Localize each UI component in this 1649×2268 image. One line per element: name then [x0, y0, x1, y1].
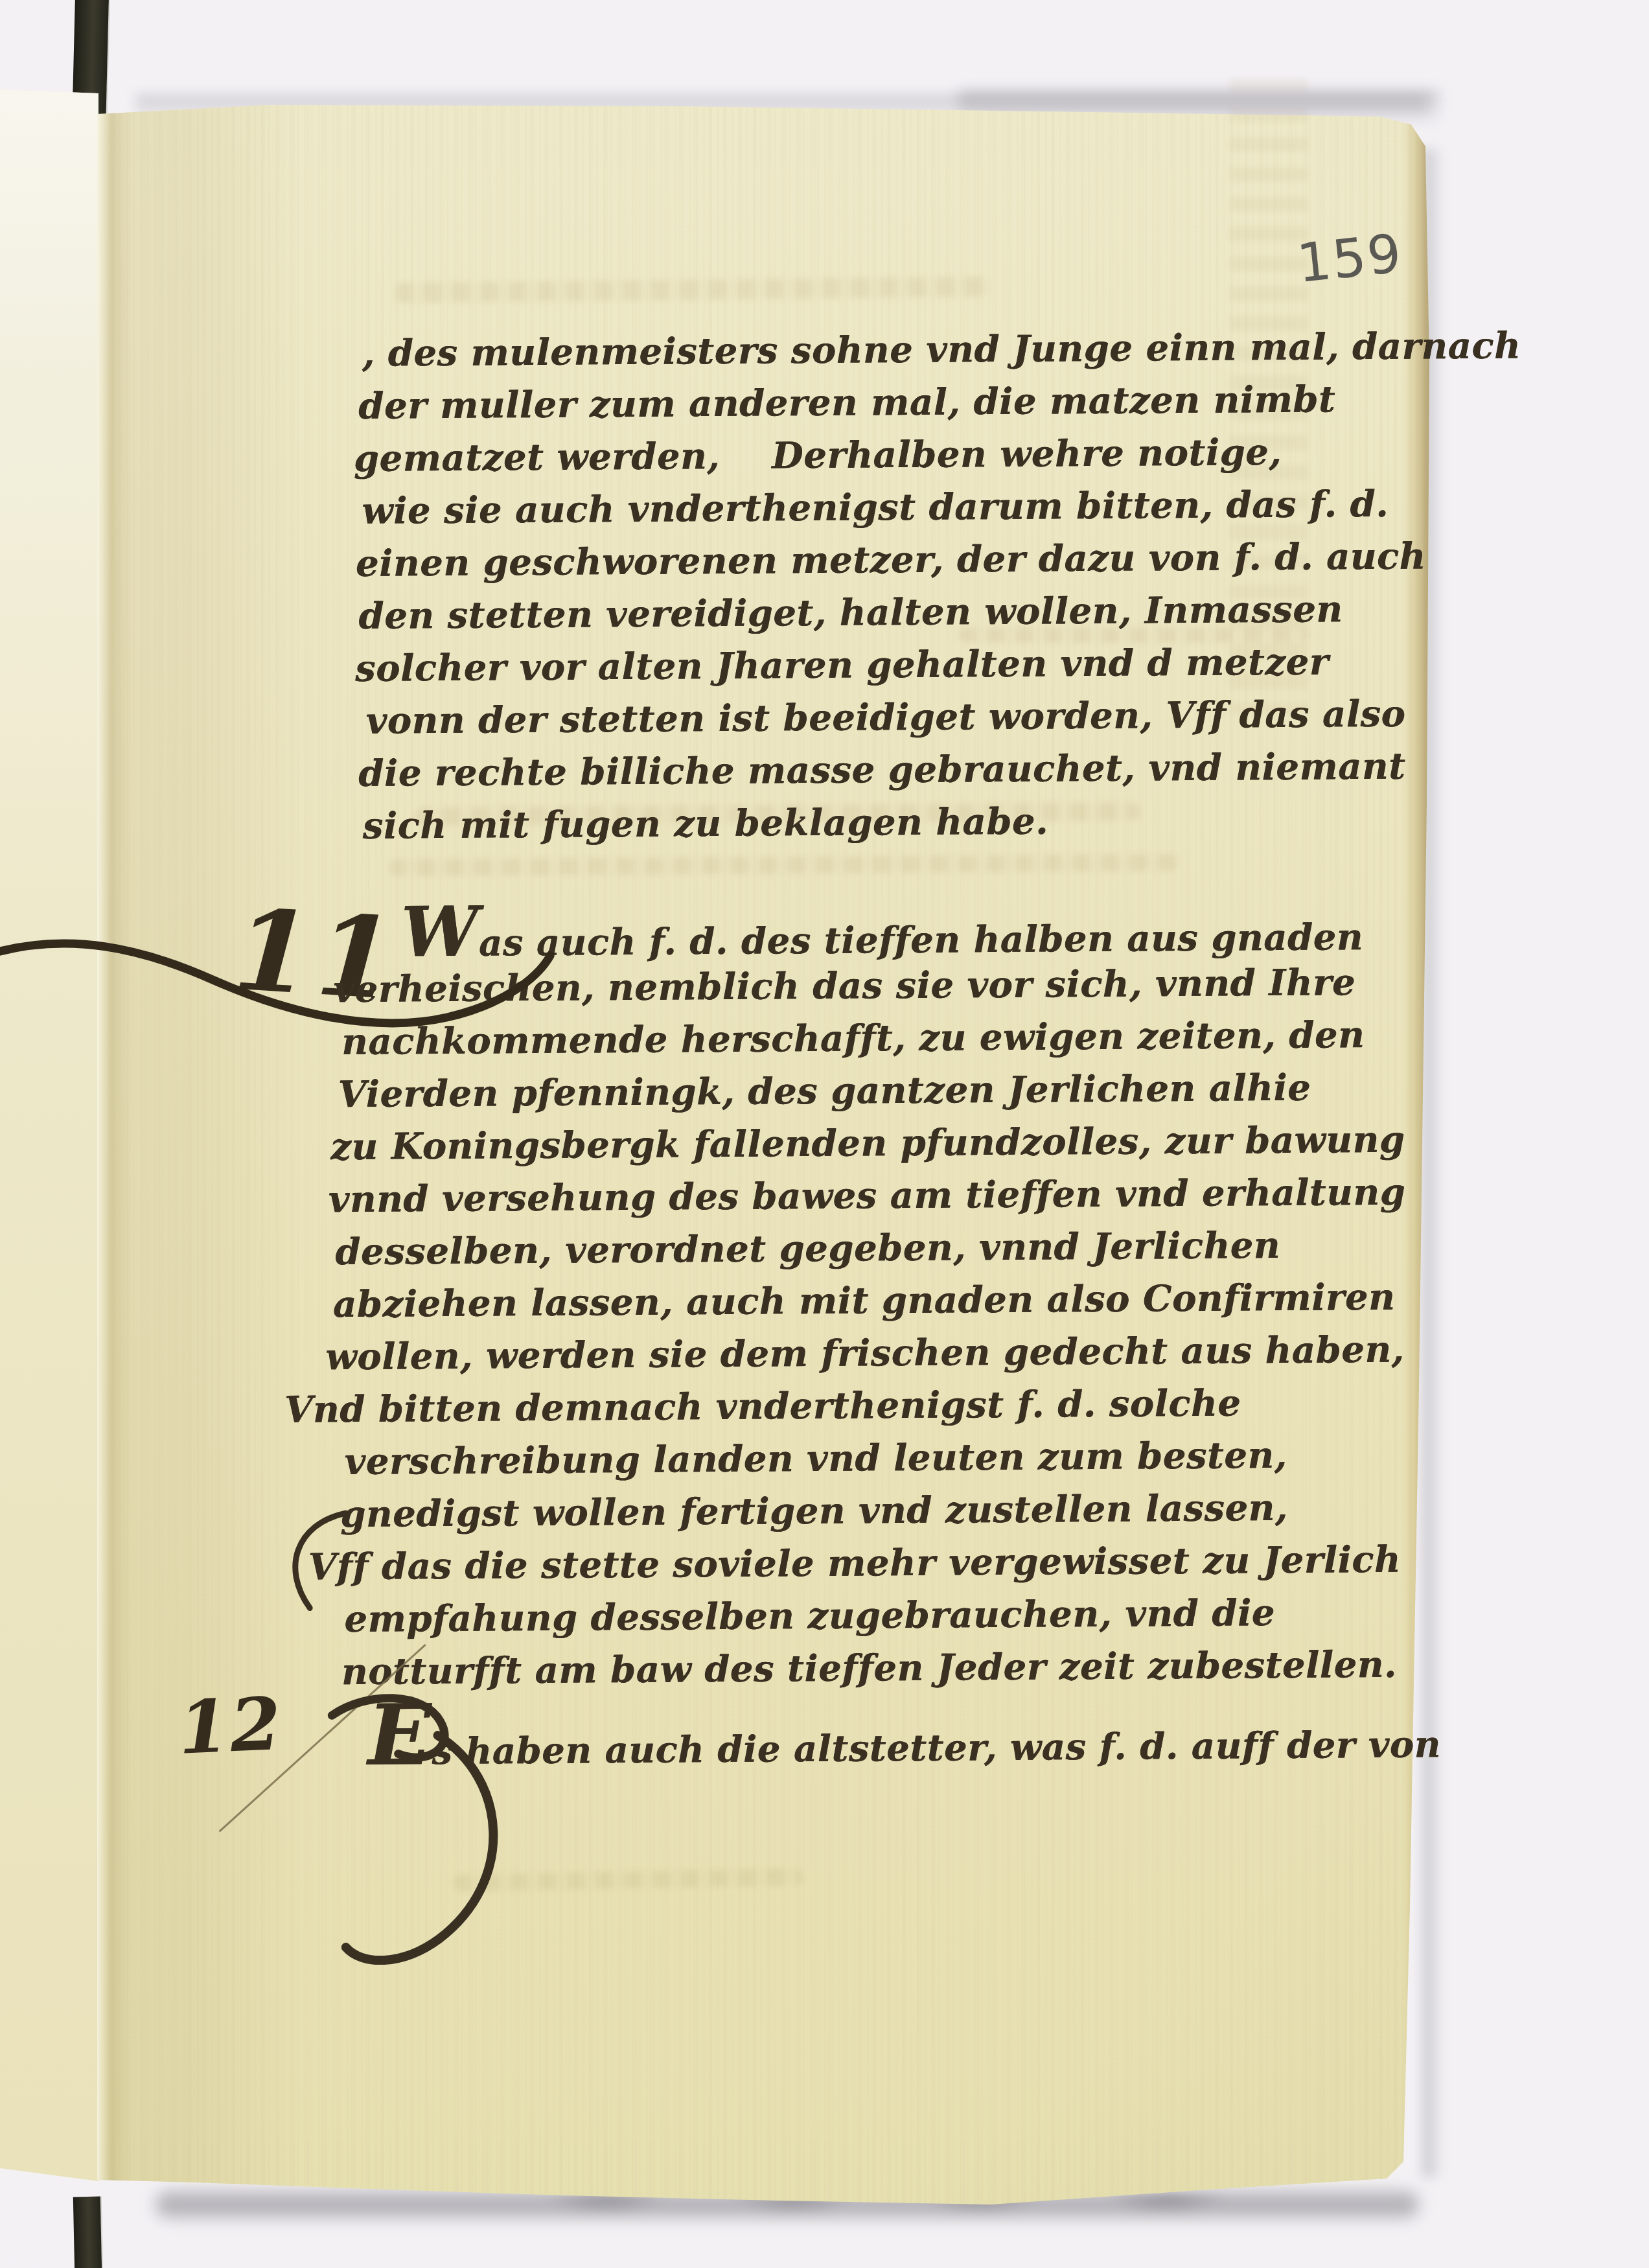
handwriting-line: Vnd bitten demnach vnderthenigst f. d. s… — [284, 1380, 1407, 1440]
handwriting-line: wie sie auch vnderthenigst darum bitten,… — [362, 480, 1522, 540]
handwriting-line: abziehen lassen, auch mit gnaden also Co… — [333, 1275, 1407, 1335]
handwriting-line: Es haben auch die altstetter, was f. d. … — [367, 1707, 1441, 1768]
handwriting-line: Vierden pfenningk, des gantzen Jerlichen… — [338, 1065, 1405, 1124]
manuscript-photo: 159 11 12 , des mulenmeisters sohne vnd … — [0, 0, 1649, 2268]
handwriting-line: nachkommende herschafft, zu ewigen zeite… — [341, 1012, 1405, 1072]
handwriting-line: gematzet werden, Derhalben wehre notige, — [354, 428, 1522, 489]
handwriting-layer: 11 12 , des mulenmeisters sohne vnd Jung… — [0, 0, 1649, 2268]
margin-number-12: 12 — [177, 1682, 284, 1771]
handwriting-line: die rechte billiche masse gebrauchet, vn… — [358, 743, 1524, 804]
handwriting-line: einen geschworenen metzer, der dazu von … — [356, 533, 1523, 594]
handwriting-line: verheischen, nemblich das sie vor sich, … — [333, 960, 1404, 1020]
handwriting-line: solcher vor alten Jharen gehalten vnd d … — [355, 638, 1523, 699]
handwriting-line: notturfft am baw des tieffen Jeder zeit … — [341, 1642, 1409, 1702]
paragraph-10: , des mulenmeisters sohne vnd Junge einn… — [352, 323, 1524, 856]
handwriting-line: desselben, verordnet gegeben, vnnd Jerli… — [335, 1222, 1406, 1282]
handwriting-line: empfahung desselben zugebrauchen, vnd di… — [344, 1590, 1409, 1649]
handwriting-line: der muller zum anderen mal, die matzen n… — [358, 375, 1521, 436]
handwriting-line: vonn der stetten ist beeidiget worden, V… — [365, 690, 1523, 750]
paragraph-12: Es haben auch die altstetter, was f. d. … — [367, 1707, 1441, 1768]
paragraph-11: Was auch f. d. des tieffen halben aus gn… — [333, 907, 1409, 1702]
handwriting-line: verschreibung landen vnd leuten zum best… — [344, 1432, 1407, 1492]
handwriting-line: sich mit fugen zu beklagen habe. — [362, 795, 1524, 856]
handwriting-line: Vff das die stette soviele mehr vergewis… — [308, 1537, 1408, 1597]
handwriting-line: gnedigst wollen fertigen vnd zustellen l… — [340, 1485, 1408, 1544]
handwriting-line: den stetten vereidiget, halten wollen, I… — [358, 585, 1523, 646]
handwriting-line: Was auch f. d. des tieffen halben aus gn… — [401, 907, 1404, 967]
handwriting-line: zu Koningsbergk fallenden pfundzolles, z… — [330, 1117, 1405, 1177]
handwriting-line: vnnd versehung des bawes am tieffen vnd … — [329, 1170, 1406, 1230]
handwriting-line: wollen, werden sie dem frischen gedecht … — [325, 1327, 1407, 1387]
handwriting-line: , des mulenmeisters sohne vnd Junge einn… — [362, 323, 1521, 383]
